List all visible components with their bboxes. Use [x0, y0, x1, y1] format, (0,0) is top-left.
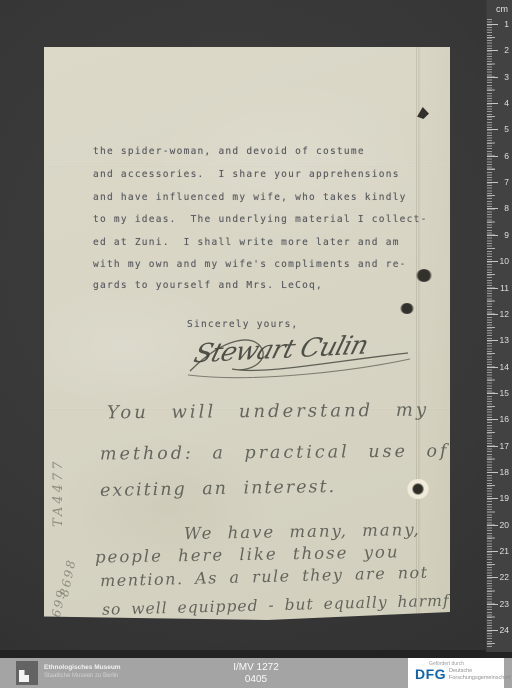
letter-closing: Sincerely yours, — [187, 319, 299, 330]
paper-hole — [400, 303, 414, 314]
ruler-cm-number: 23 — [495, 599, 509, 609]
punch-hole — [407, 479, 429, 499]
typed-line: gards to yourself and Mrs. LeCoq, — [93, 280, 323, 291]
funder-name-line2: Forschungsgemeinschaft — [449, 675, 510, 681]
handwritten-line: You will understand my — [107, 400, 429, 424]
handwritten-line: mention. As a rule they are not — [100, 563, 429, 591]
ruler-cm-number: 10 — [495, 256, 509, 266]
footer-bar: Ethnologisches Museum Staatliche Museen … — [0, 658, 512, 688]
ruler-cm-number: 22 — [495, 572, 509, 582]
paper-hole — [416, 269, 432, 282]
handwritten-line: method: a practical use of — [100, 441, 450, 464]
ruler-cm-number: 2 — [495, 45, 509, 55]
handwritten-line: We have many, many, — [184, 520, 421, 543]
archive-scan-page: the spider-woman, and devoid of costumea… — [0, 0, 512, 688]
ruler-unit-label: cm — [496, 4, 508, 14]
ruler-cm-number: 18 — [495, 467, 509, 477]
ruler-cm-number: 15 — [495, 388, 509, 398]
ruler-cm-number: 13 — [495, 335, 509, 345]
dfg-logo: Gefördert durch DFG Deutsche Forschungsg… — [408, 658, 504, 688]
typed-line: and have influenced my wife, who takes k… — [93, 192, 407, 203]
ruler-cm-number: 9 — [495, 230, 509, 240]
ruler-cm-number: 17 — [495, 441, 509, 451]
ruler-cm-number: 4 — [495, 98, 509, 108]
ruler-cm-number: 7 — [495, 177, 509, 187]
dfg-abbr: DFG — [415, 666, 446, 682]
paper-crease — [44, 165, 450, 167]
typed-line: with my own and my wife's compliments an… — [93, 259, 407, 270]
margin-annotation-catalog: TA4477 — [51, 459, 66, 527]
ruler-cm-number: 6 — [495, 151, 509, 161]
handwritten-line: exciting an interest. — [100, 477, 336, 501]
ruler-cm-number: 20 — [495, 520, 509, 530]
ruler-cm-number: 14 — [495, 362, 509, 372]
ruler-cm-number: 3 — [495, 72, 509, 82]
ruler-cm-number: 21 — [495, 546, 509, 556]
ruler-cm-number: 11 — [495, 283, 509, 293]
ruler-cm-number: 1 — [495, 19, 509, 29]
ruler-cm-number: 12 — [495, 309, 509, 319]
ruler-cm-number: 16 — [495, 414, 509, 424]
typed-line: to my ideas. The underlying material I c… — [93, 214, 428, 225]
ruler-cm-number: 19 — [495, 493, 509, 503]
typed-line: ed at Zuni. I shall write more later and… — [93, 237, 400, 248]
typed-line: and accessories. I share your apprehensi… — [93, 169, 400, 180]
letter-page: the spider-woman, and devoid of costumea… — [44, 47, 450, 620]
handwritten-line: people here like those you — [95, 542, 400, 566]
ruler-cm: cm 1234567891011121314151617181920212223… — [486, 0, 512, 652]
funder-name-line1: Deutsche — [449, 668, 472, 674]
ruler-cm-number: 5 — [495, 124, 509, 134]
photo-bottom-band — [0, 650, 512, 658]
ruler-cm-number: 8 — [495, 203, 509, 213]
ruler-cm-number: 24 — [495, 625, 509, 635]
typed-line: the spider-woman, and devoid of costume — [93, 146, 365, 157]
paper-edge-strip — [418, 47, 450, 620]
